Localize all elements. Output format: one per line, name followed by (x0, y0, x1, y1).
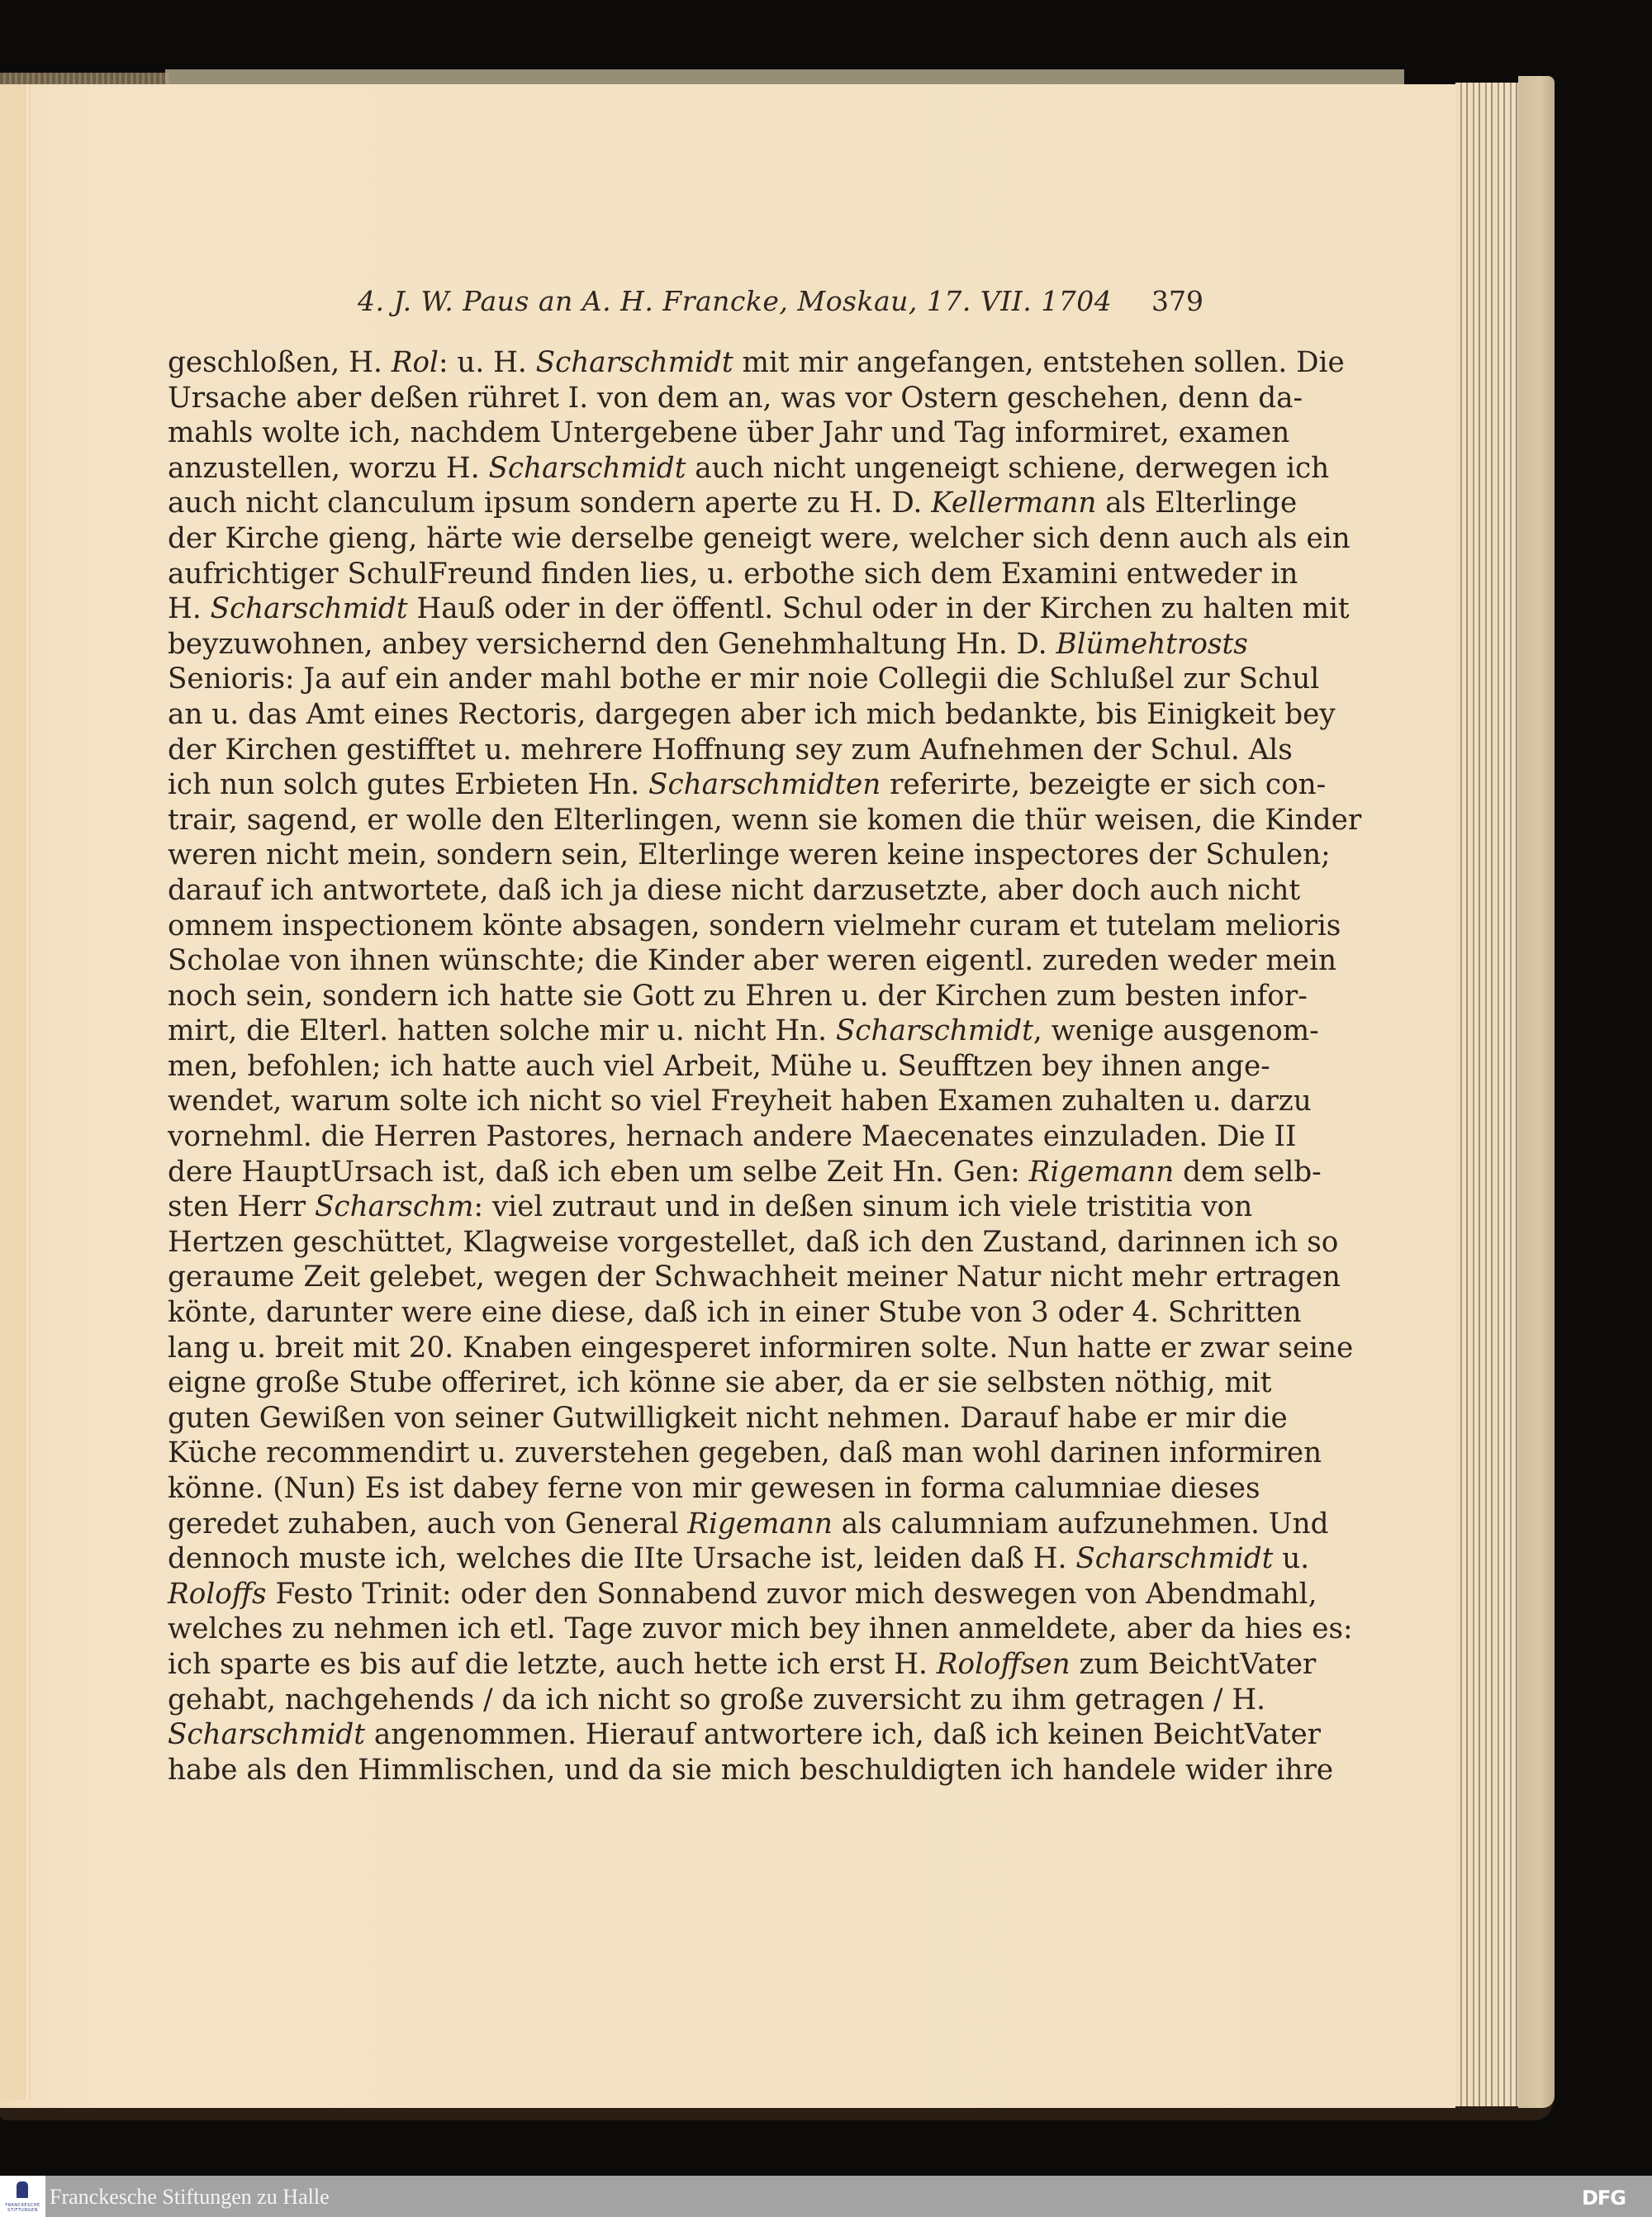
text-line: Scharschmidt angenommen. Hierauf antwort… (168, 1717, 1206, 1753)
text-run: könte, darunter were eine diese, daß ich… (168, 1296, 1302, 1329)
text-line: dennoch muste ich, welches die IIte Ursa… (168, 1541, 1206, 1577)
text-line: könne. (Nun) Es ist dabey ferne von mir … (168, 1471, 1206, 1507)
italic-name: Blümehtrosts (1056, 628, 1248, 661)
text-line: Senioris: Ja auf ein ander mahl bothe er… (168, 662, 1206, 697)
italic-name: Scharschmidt (488, 452, 686, 485)
text-run: : u. H. (439, 346, 536, 379)
text-line: dere HauptUrsach ist, daß ich eben um se… (168, 1155, 1206, 1190)
italic-name: Scharschmidten (648, 768, 881, 801)
page-number: 379 (1151, 285, 1203, 317)
italic-name: Roloffsen (937, 1648, 1070, 1681)
letter-body-text: geschloßen, H. Rol: u. H. Scharschmidt m… (168, 345, 1206, 1787)
text-line: weren nicht mein, sondern sein, Elterlin… (168, 838, 1206, 873)
text-line: trair, sagend, er wolle den Elterlingen,… (168, 803, 1206, 838)
text-run: zum BeichtVater (1070, 1648, 1317, 1681)
italic-name: Scharschmidt (1075, 1542, 1273, 1575)
text-run: noch sein, sondern ich hatte sie Gott zu… (168, 980, 1308, 1013)
text-run: aufrichtiger SchulFreund finden lies, u.… (168, 558, 1298, 591)
text-run: der Kirche gieng, härte wie derselbe gen… (168, 522, 1351, 555)
text-run: darauf ich antwortete, daß ich ja diese … (168, 874, 1300, 907)
text-run: welches zu nehmen ich etl. Tage zuvor mi… (168, 1612, 1353, 1645)
italic-name: Rol (392, 346, 439, 379)
text-line: Roloffs Festo Trinit: oder den Sonnabend… (168, 1577, 1206, 1612)
text-line: mahls wolte ich, nachdem Untergebene übe… (168, 415, 1206, 451)
text-line: Hertzen geschüttet, Klagweise vorgestell… (168, 1225, 1206, 1260)
text-run: referirte, bezeigte er sich con- (881, 768, 1326, 801)
institution-logo[interactable]: FRANCKESCHE STIFTUNGEN (0, 2176, 45, 2217)
italic-name: Roloffs (168, 1578, 267, 1611)
facing-page-edge (0, 84, 26, 2100)
text-run: habe als den Himmlischen, und da sie mic… (168, 1754, 1333, 1787)
text-run: Küche recommendirt u. zuverstehen gegebe… (168, 1436, 1322, 1469)
text-run: angenommen. Hierauf antwortere ich, daß … (365, 1718, 1321, 1751)
gutter (26, 84, 29, 2100)
text-line: aufrichtiger SchulFreund finden lies, u.… (168, 557, 1206, 592)
text-run: vornehml. die Herren Pastores, hernach a… (168, 1120, 1297, 1153)
text-line: darauf ich antwortete, daß ich ja diese … (168, 873, 1206, 909)
text-run: dem selb- (1174, 1156, 1321, 1189)
francke-statue-icon (17, 2181, 28, 2198)
italic-name: Scharschmidt (168, 1718, 365, 1751)
text-run: dere HauptUrsach ist, daß ich eben um se… (168, 1156, 1029, 1189)
text-run: der Kirchen gestifftet u. mehrere Hoffnu… (168, 733, 1293, 767)
text-run: sten Herr (168, 1190, 315, 1223)
text-run: anzustellen, worzu H. (168, 452, 488, 485)
footer-bar: FRANCKESCHE STIFTUNGEN Franckesche Stift… (0, 2176, 1652, 2217)
text-line: geredet zuhaben, auch von General Rigema… (168, 1507, 1206, 1542)
text-line: an u. das Amt eines Rectoris, dargegen a… (168, 697, 1206, 733)
text-line: der Kirche gieng, härte wie derselbe gen… (168, 521, 1206, 557)
running-head: 4. J. W. Paus an A. H. Francke, Moskau, … (358, 285, 1203, 326)
text-line: der Kirchen gestifftet u. mehrere Hoffnu… (168, 733, 1206, 768)
italic-name: Rigemann (687, 1507, 833, 1541)
text-run: beyzuwohnen, anbey versichernd den Geneh… (168, 628, 1056, 661)
text-line: lang u. breit mit 20. Knaben eingesperet… (168, 1331, 1206, 1366)
italic-name: Scharschmidt (211, 592, 408, 625)
italic-name: Rigemann (1029, 1156, 1175, 1189)
text-run: Festo Trinit: oder den Sonnabend zuvor m… (267, 1578, 1317, 1611)
text-line: Scholae von ihnen wünschte; die Kinder a… (168, 943, 1206, 979)
text-run: Hertzen geschüttet, Klagweise vorgestell… (168, 1226, 1338, 1259)
text-run: könne. (Nun) Es ist dabey ferne von mir … (168, 1472, 1260, 1505)
text-run: als calumniam aufzunehmen. Und (833, 1507, 1329, 1541)
institution-name[interactable]: Franckesche Stiftungen zu Halle (50, 2185, 330, 2210)
italic-name: Kellermann (931, 487, 1096, 520)
text-line: beyzuwohnen, anbey versichernd den Geneh… (168, 627, 1206, 662)
text-line: Küche recommendirt u. zuverstehen gegebe… (168, 1436, 1206, 1471)
text-line: Ursache aber deßen rühret I. von dem an,… (168, 381, 1206, 416)
text-line: habe als den Himmlischen, und da sie mic… (168, 1753, 1206, 1788)
text-line: ich sparte es bis auf die letzte, auch h… (168, 1647, 1206, 1683)
text-line: auch nicht clanculum ipsum sondern apert… (168, 486, 1206, 521)
text-run: trair, sagend, er wolle den Elterlingen,… (168, 804, 1361, 837)
text-line: sten Herr Scharschm: viel zutraut und in… (168, 1189, 1206, 1225)
text-line: guten Gewißen von seiner Gutwilligkeit n… (168, 1401, 1206, 1436)
text-line: könte, darunter were eine diese, daß ich… (168, 1295, 1206, 1331)
text-run: , wenige ausgenom- (1033, 1014, 1319, 1047)
text-run: mirt, die Elterl. hatten solche mir u. n… (168, 1014, 836, 1047)
text-line: omnem inspectionem könte absagen, sonder… (168, 909, 1206, 944)
book-top-edge (165, 69, 1404, 86)
text-run: als Elterlinge (1096, 487, 1297, 520)
text-run: geschloßen, H. (168, 346, 392, 379)
text-run: an u. das Amt eines Rectoris, dargegen a… (168, 698, 1336, 731)
logo-caption: FRANCKESCHE STIFTUNGEN (2, 2203, 44, 2213)
text-run: Ursache aber deßen rühret I. von dem an,… (168, 382, 1303, 415)
text-run: lang u. breit mit 20. Knaben eingesperet… (168, 1332, 1353, 1365)
text-run: : viel zutraut und in deßen sinum ich vi… (473, 1190, 1252, 1223)
italic-name: Scharschmidt (536, 346, 733, 379)
text-run: geredet zuhaben, auch von General (168, 1507, 687, 1541)
text-run: omnem inspectionem könte absagen, sonder… (168, 909, 1341, 942)
text-run: wendet, warum solte ich nicht so viel Fr… (168, 1085, 1312, 1118)
text-run: mahls wolte ich, nachdem Untergebene übe… (168, 416, 1289, 449)
text-line: geraume Zeit gelebet, wegen der Schwachh… (168, 1260, 1206, 1295)
text-line: H. Scharschmidt Hauß oder in der öffentl… (168, 591, 1206, 627)
text-run: u. (1273, 1542, 1309, 1575)
dfg-logo[interactable]: DFG (1582, 2186, 1626, 2210)
text-run: dennoch muste ich, welches die IIte Ursa… (168, 1542, 1075, 1575)
text-run: Hauß oder in der öffentl. Schul oder in … (408, 592, 1350, 625)
text-line: noch sein, sondern ich hatte sie Gott zu… (168, 979, 1206, 1014)
text-line: ich nun solch gutes Erbieten Hn. Scharsc… (168, 767, 1206, 803)
text-line: welches zu nehmen ich etl. Tage zuvor mi… (168, 1612, 1206, 1647)
text-line: mirt, die Elterl. hatten solche mir u. n… (168, 1014, 1206, 1049)
text-run: Scholae von ihnen wünschte; die Kinder a… (168, 944, 1336, 977)
text-run: guten Gewißen von seiner Gutwilligkeit n… (168, 1402, 1288, 1435)
text-run: ich sparte es bis auf die letzte, auch h… (168, 1648, 937, 1681)
text-run: eigne große Stube offeriret, ich könne s… (168, 1366, 1271, 1399)
book-cover-fore-edge (1518, 76, 1555, 2108)
text-line: wendet, warum solte ich nicht so viel Fr… (168, 1084, 1206, 1119)
text-run: mit mir angefangen, entstehen sollen. Di… (733, 346, 1345, 379)
text-line: geschloßen, H. Rol: u. H. Scharschmidt m… (168, 345, 1206, 381)
text-run: auch nicht ungeneigt schiene, derwegen i… (686, 452, 1329, 485)
text-run: gehabt, nachgehends / da ich nicht so gr… (168, 1683, 1265, 1716)
text-run: ich nun solch gutes Erbieten Hn. (168, 768, 648, 801)
text-run: weren nicht mein, sondern sein, Elterlin… (168, 838, 1331, 871)
running-head-title: 4. J. W. Paus an A. H. Francke, Moskau, … (358, 285, 1112, 317)
text-line: vornehml. die Herren Pastores, hernach a… (168, 1119, 1206, 1155)
text-line: eigne große Stube offeriret, ich könne s… (168, 1365, 1206, 1401)
text-run: H. (168, 592, 211, 625)
text-run: geraume Zeit gelebet, wegen der Schwachh… (168, 1260, 1341, 1294)
text-run: Senioris: Ja auf ein ander mahl bothe er… (168, 662, 1319, 695)
italic-name: Scharschmidt (836, 1014, 1033, 1047)
italic-name: Scharschm (315, 1190, 473, 1223)
text-line: anzustellen, worzu H. Scharschmidt auch … (168, 451, 1206, 487)
text-line: men, befohlen; ich hatte auch viel Arbei… (168, 1049, 1206, 1085)
text-run: auch nicht clanculum ipsum sondern apert… (168, 487, 931, 520)
text-line: gehabt, nachgehends / da ich nicht so gr… (168, 1683, 1206, 1718)
text-run: men, befohlen; ich hatte auch viel Arbei… (168, 1050, 1270, 1083)
